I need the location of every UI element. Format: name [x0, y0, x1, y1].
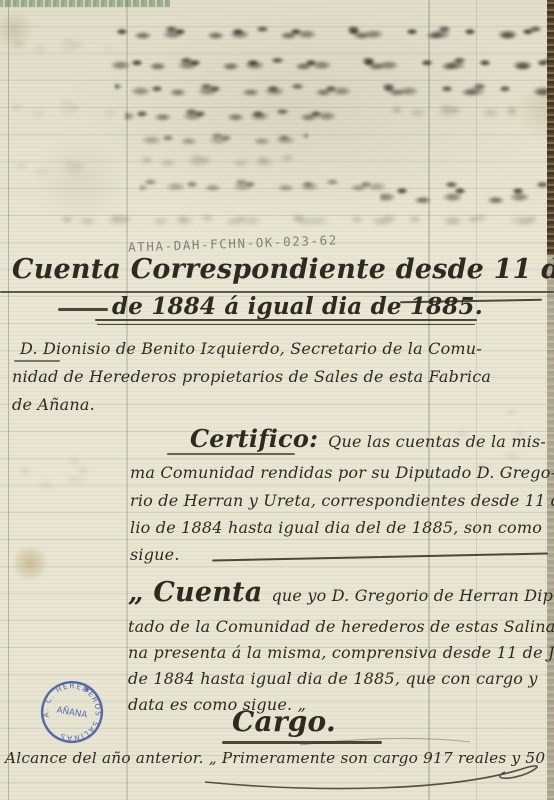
ink-smudge-band: [115, 20, 547, 46]
cargo-underline: [222, 741, 382, 744]
stamp-center-text: AÑANA: [56, 704, 88, 720]
intro-dash: [14, 360, 60, 362]
ink-smudge-band: [110, 52, 548, 76]
certify-first-line: Certifico:Que las cuentas de la mis-: [190, 424, 546, 453]
intro-line: D. Dionisio de Benito Izquierdo, Secreta…: [20, 339, 482, 358]
ink-smudge-band: [140, 151, 295, 171]
account-first-line: „ Cuentaque yo D. Gregorio de Herran Dip…: [128, 577, 554, 608]
intro-line: nidad de Herederos propietarios de Sales…: [12, 367, 491, 386]
ink-smudge-band: [390, 102, 515, 120]
certify-first-text: Que las cuentas de la mis-: [328, 432, 546, 451]
ink-smudge-band: [133, 128, 308, 150]
cargo-heading: Cargo.: [232, 705, 336, 738]
title-line-2: de 1884 á igual dia de 1885.: [112, 293, 483, 320]
account-first-text: que yo D. Gregorio de Herran Dipu-: [271, 586, 554, 605]
account-line: de 1884 hasta igual dia de 1885, que con…: [128, 669, 538, 688]
archive-reference-code: ATHA-DAH-FCHN-OK-023-62: [128, 232, 338, 254]
ink-smudge-band: [115, 78, 548, 102]
certify-line: lio de 1884 hasta igual dia del de 1885,…: [130, 518, 542, 537]
certify-underline: [167, 453, 295, 455]
ink-smudge-band: [125, 104, 360, 126]
account-line: tado de la Comunidad de herederos de est…: [128, 617, 554, 636]
bleed-through: [18, 428, 108, 523]
manuscript-page: ATHA-DAH-FCHN-OK-023-62 Cuenta Correspon…: [0, 0, 554, 800]
bleed-through: [12, 30, 112, 62]
title-dash-left: [58, 308, 108, 311]
certify-line: ma Comunidad rendidas por su Diputado D.…: [130, 463, 554, 482]
ink-smudge-band: [60, 213, 540, 227]
account-lead-word: „ Cuenta: [128, 577, 262, 608]
account-line: na presenta á la misma, comprensiva desd…: [128, 643, 554, 662]
bleed-through: [10, 88, 115, 130]
certify-line: sigue.: [130, 545, 180, 564]
ink-smudge-band: [140, 174, 415, 197]
sigue-rule: [212, 552, 548, 561]
community-stamp: A. C. HEREDEROS SALINAS AÑANA ✱: [23, 663, 120, 760]
title-double-rule-b: [97, 324, 475, 326]
page-edge-right-light: [547, 255, 554, 800]
binding-edge-top: [0, 0, 170, 7]
certify-lead-word: Certifico:: [190, 424, 318, 453]
certify-line: rio de Herran y Ureta, correspondientes …: [130, 491, 554, 510]
intro-line: de Añana.: [12, 395, 95, 414]
page-edge-right-dark: [547, 0, 554, 255]
bleed-through: [14, 152, 109, 184]
first-cargo-entry: Alcance del año anterior. „ Primeramente…: [5, 749, 545, 767]
title-line-1: Cuenta Correspondiente desde 11 de Julio: [12, 254, 554, 285]
ink-smudge-blob: [380, 163, 548, 225]
margin-line-left: [8, 0, 9, 800]
